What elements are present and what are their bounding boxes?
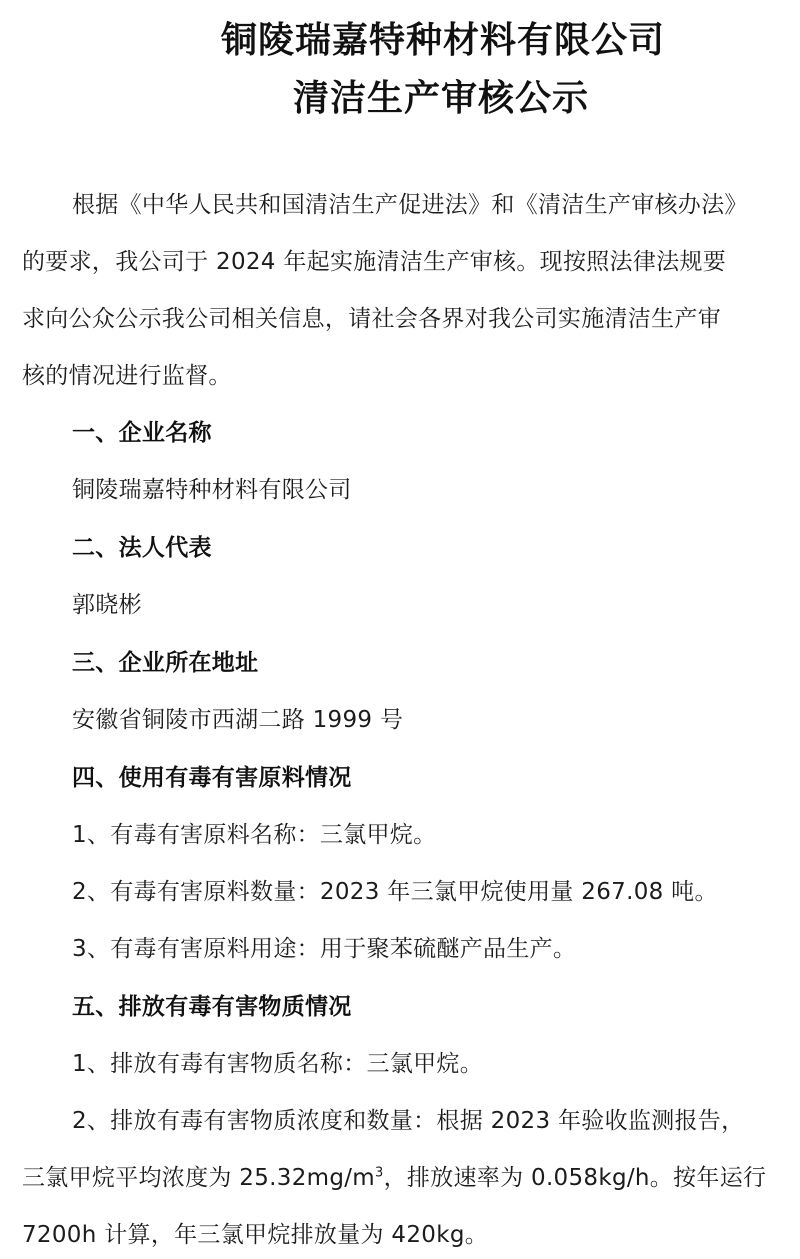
intro-line: 的要求，我公司于 2024 年起实施清洁生产审核。现按照法律法规要	[22, 247, 782, 277]
section-item: 1、有毒有害原料名称：三氯甲烷。	[72, 820, 800, 850]
section-item: 2、有毒有害原料数量：2023 年三氯甲烷使用量 267.08 吨。	[72, 877, 800, 907]
section-text: 铜陵瑞嘉特种材料有限公司	[72, 475, 800, 505]
section-item: 3、有毒有害原料用途：用于聚苯硫醚产品生产。	[72, 934, 800, 964]
section-text: 安徽省铜陵市西湖二路 1999 号	[72, 705, 800, 735]
section-heading: 四、使用有毒有害原料情况	[72, 763, 800, 793]
emission-rate-text: ，排放速率为 0.058kg/h。按年运行	[384, 1165, 767, 1191]
section-text: 郭晓彬	[72, 590, 800, 620]
section-item-continuation: 三氯甲烷平均浓度为 25.32mg/m3，排放速率为 0.058kg/h。按年运…	[22, 1163, 782, 1193]
section-item: 1、排放有毒有害物质名称：三氯甲烷。	[72, 1049, 800, 1079]
intro-line: 核的情况进行监督。	[22, 361, 782, 391]
section-item-continuation: 7200h 计算，年三氯甲烷排放量为 420kg。	[22, 1220, 782, 1250]
intro-line: 求向公众公示我公司相关信息，请社会各界对我公司实施清洁生产审	[22, 304, 782, 334]
superscript-cubed: 3	[375, 1165, 384, 1180]
document-title-subject: 清洁生产审核公示	[0, 70, 800, 121]
document-title-company: 铜陵瑞嘉特种材料有限公司	[0, 12, 800, 63]
intro-line: 根据《中华人民共和国清洁生产促进法》和《清洁生产审核办法》	[72, 190, 800, 220]
emission-concentration-text: 三氯甲烷平均浓度为 25.32mg/m	[22, 1165, 375, 1191]
section-heading: 二、法人代表	[72, 533, 800, 563]
section-heading: 一、企业名称	[72, 418, 800, 448]
section-heading: 三、企业所在地址	[72, 648, 800, 678]
section-heading: 五、排放有毒有害物质情况	[72, 992, 800, 1022]
section-item: 2、排放有毒有害物质浓度和数量：根据 2023 年验收监测报告，	[72, 1106, 800, 1136]
